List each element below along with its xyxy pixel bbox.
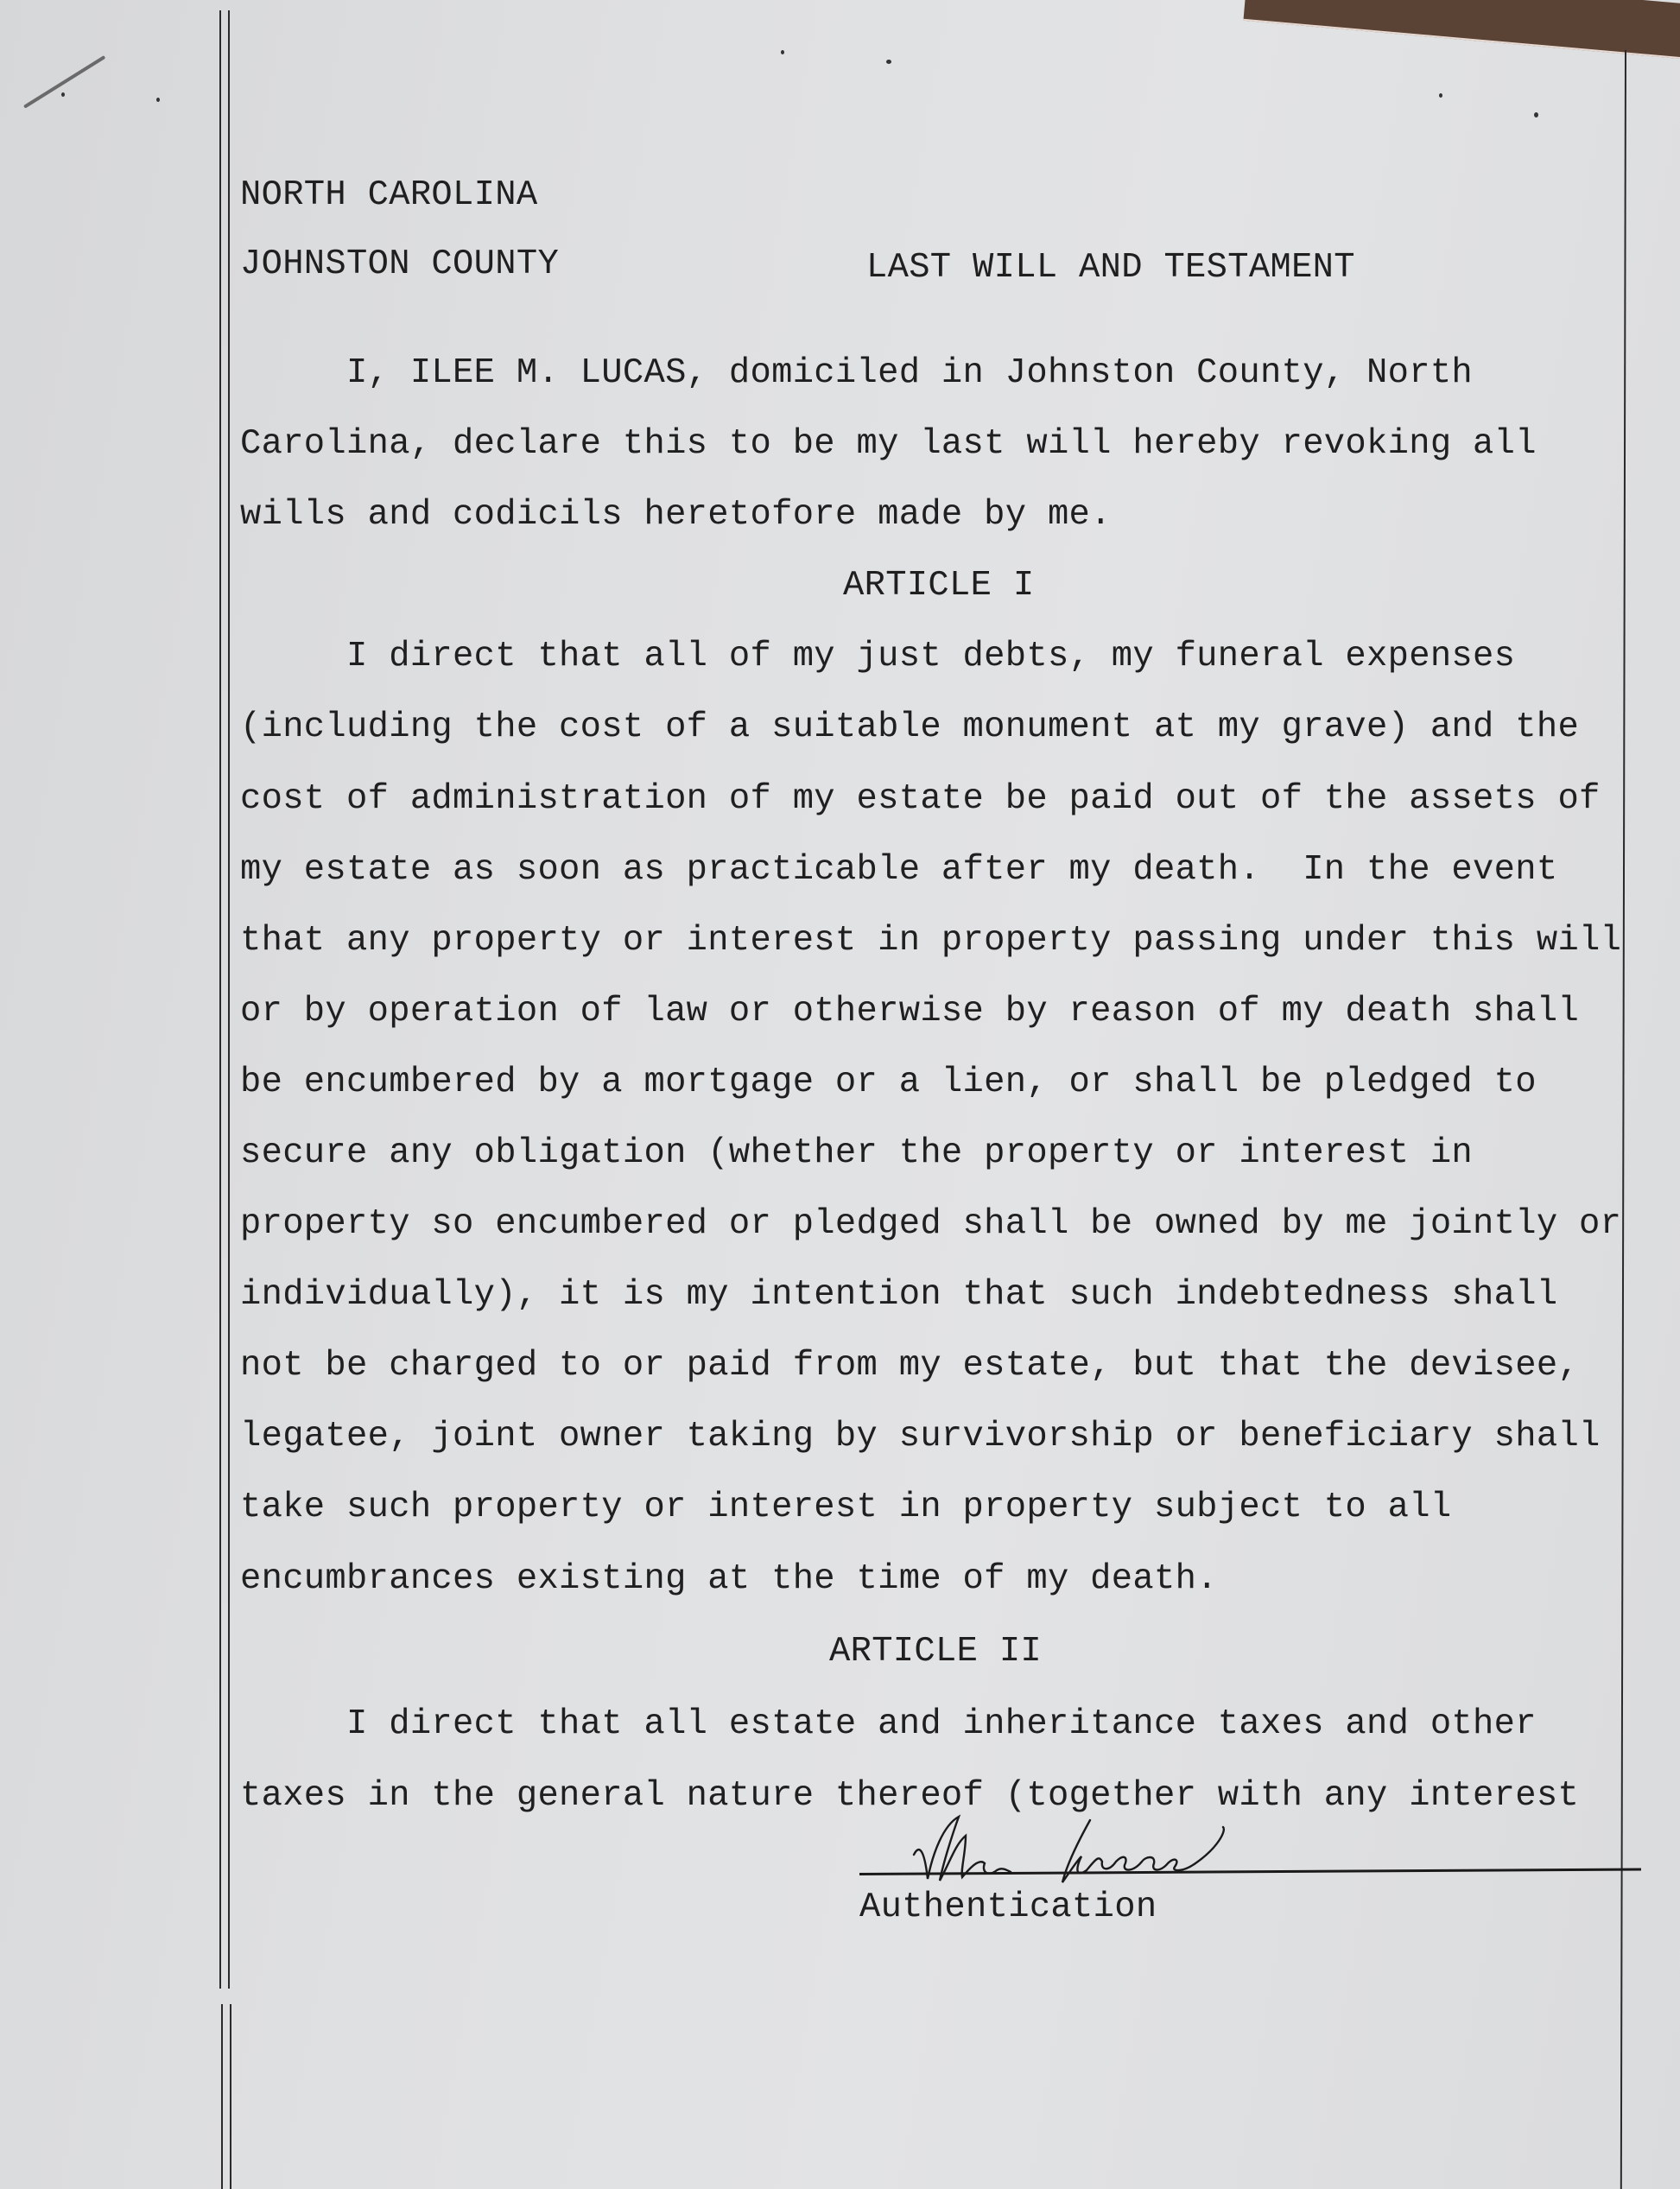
article-line: property so encumbered or pledged shall … (240, 1207, 1621, 1242)
article-line: my estate as soon as practicable after m… (240, 853, 1557, 888)
state-heading: NORTH CAROLINA (240, 178, 537, 213)
article-line: I direct that all of my just debts, my f… (240, 639, 1515, 675)
speck (156, 98, 160, 102)
authentication-label: Authentication (859, 1890, 1157, 1926)
article-line: taxes in the general nature thereof (tog… (240, 1779, 1579, 1814)
article-line: legatee, joint owner taking by survivors… (240, 1419, 1601, 1455)
speck (886, 60, 891, 64)
speck (781, 50, 784, 54)
article-line: that any property or interest in propert… (240, 923, 1621, 959)
article-line: be encumbered by a mortgage or a lien, o… (240, 1065, 1537, 1101)
article-line: secure any obligation (whether the prope… (240, 1136, 1473, 1171)
speck (61, 92, 65, 97)
preamble-line: Carolina, declare this to be my last wil… (240, 427, 1537, 462)
article-line: (including the cost of a suitable monume… (240, 710, 1579, 746)
article-line: individually), it is my intention that s… (240, 1278, 1557, 1313)
speck (1534, 112, 1538, 117)
preamble-line: I, ILEE M. LUCAS, domiciled in Johnston … (240, 356, 1473, 391)
preamble-line: wills and codicils heretofore made by me… (240, 498, 1112, 533)
svg-text:Ila Lucas: Ila Lucas (898, 1810, 903, 1811)
article-line: encumbrances existing at the time of my … (240, 1562, 1218, 1597)
left-margin-rule (228, 10, 230, 1989)
article-heading: ARTICLE II (829, 1634, 1042, 1670)
handwritten-signature: Ila Lucas (898, 1810, 1296, 1888)
article-line: cost of administration of my estate be p… (240, 782, 1601, 817)
document-title: LAST WILL AND TESTAMENT (866, 251, 1355, 286)
left-margin-rule (230, 2004, 231, 2189)
left-margin-rule (221, 2004, 223, 2189)
speck (1439, 93, 1442, 98)
article-line: take such property or interest in proper… (240, 1490, 1451, 1526)
article-heading: ARTICLE I (843, 568, 1034, 604)
article-line: I direct that all estate and inheritance… (240, 1707, 1537, 1742)
article-line: not be charged to or paid from my estate… (240, 1348, 1579, 1384)
article-line: or by operation of law or otherwise by r… (240, 994, 1579, 1030)
county-heading: JOHNSTON COUNTY (240, 247, 559, 282)
left-margin-rule (219, 10, 221, 1989)
